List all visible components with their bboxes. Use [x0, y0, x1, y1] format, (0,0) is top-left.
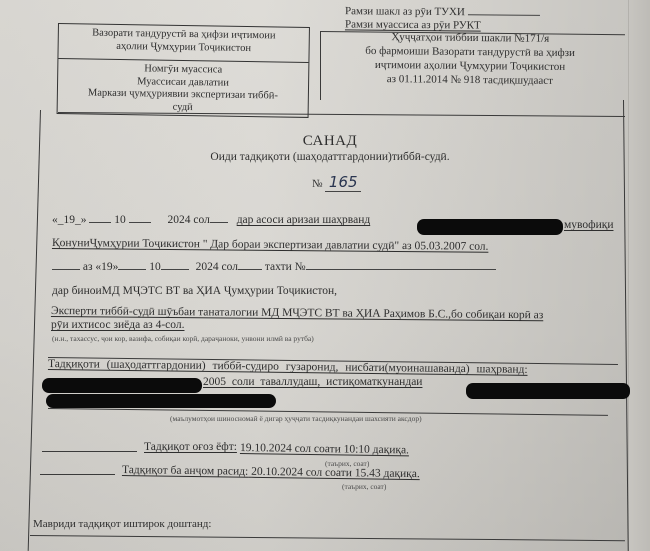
header-right-approval: Ҳуҷҷатҳои тиббии шакли №171/я бо фармоиш…	[320, 29, 621, 102]
ref-number-blank	[306, 269, 496, 270]
ref-year: 2024 сол	[196, 261, 238, 273]
ministry-cell: Вазорати тандурустӣ ва ҳифзи иҷтимоии аҳ…	[58, 24, 309, 63]
expert-caption: (н.н., тахассус, ҷои кор, вазифа, собиқа…	[52, 334, 314, 343]
participants-label: Мавриди тадқиқот иштирок доштанд:	[33, 518, 211, 530]
end-blank	[40, 474, 115, 475]
redacted-address-2	[46, 394, 276, 408]
document-subtitle: Оиди тадқиқоти (шаҳодаттгардонии)тиббӣ-с…	[150, 151, 510, 163]
institution-cell: Номгӯи муассиса Муассисаи давлатии Марка…	[58, 59, 309, 116]
application-text: дар асоси аризаи шаҳрванд	[237, 214, 371, 226]
accordance-text: мувофиқи	[564, 219, 613, 231]
end-caption: (таърих, соат)	[342, 482, 386, 491]
form-code-label: Рамзи шакл аз рӯи ТУХИ	[345, 5, 540, 19]
approval-line-4: аз 01.11.2014 № 918 тасдиқшудааст	[320, 71, 620, 88]
ref-number-label: тахти №	[265, 261, 306, 273]
ref-month: 10	[149, 261, 161, 273]
page-edge-shadow	[628, 0, 650, 551]
ref-day: аз «19»	[83, 261, 119, 273]
expert-line-2: рӯи ихтисос зиёда аз 4-сол.	[51, 319, 185, 331]
location-line: дар биноиМД МҶЭТС ВТ ва ҲИА Ҷумҳурии Тоҷ…	[52, 285, 337, 297]
start-value: 19.10.2024 сол соати 10:10 дақиқа.	[240, 442, 409, 456]
date-line: «_19_» 10 2024 сол дар асоси аризаи шаҳр…	[52, 214, 370, 226]
start-blank	[42, 451, 137, 452]
document-title: САНАД	[200, 133, 460, 150]
end-label: Тадқиқот ба анҷом расид:	[122, 464, 248, 478]
form-code-blank	[468, 14, 540, 16]
date-day: «_19_»	[52, 214, 87, 226]
redacted-applicant-name	[417, 219, 563, 235]
date-year: 2024	[168, 214, 191, 226]
document-number: № 165	[312, 173, 361, 192]
number-handwritten: 165	[325, 173, 361, 192]
examination-caption: (маълумотҳои шиносномаӣ ё дигар ҳуҷҷати …	[170, 414, 422, 423]
header-left-box: Вазорати тандурустӣ ва ҳифзи иҷтимоии аҳ…	[57, 23, 310, 118]
examination-line-2: 2005 соли таваллудаш, истиқоматкунандаи	[203, 376, 422, 388]
date-month: 10	[114, 214, 126, 226]
start-label: Тадқиқот оғоз ёфт:	[144, 441, 237, 453]
date-year-suffix: сол	[193, 214, 209, 226]
end-value: 20.10.2024 сол соати 15.43 дақиқа.	[251, 466, 420, 480]
form-code-text: Рамзи шакл аз рӯи ТУХИ	[345, 5, 465, 18]
number-label: №	[312, 178, 323, 190]
redacted-address-1	[466, 383, 630, 399]
reference-line: аз «19» 10 2024 сол тахти №	[52, 261, 496, 273]
redacted-examinee-name	[42, 378, 202, 393]
